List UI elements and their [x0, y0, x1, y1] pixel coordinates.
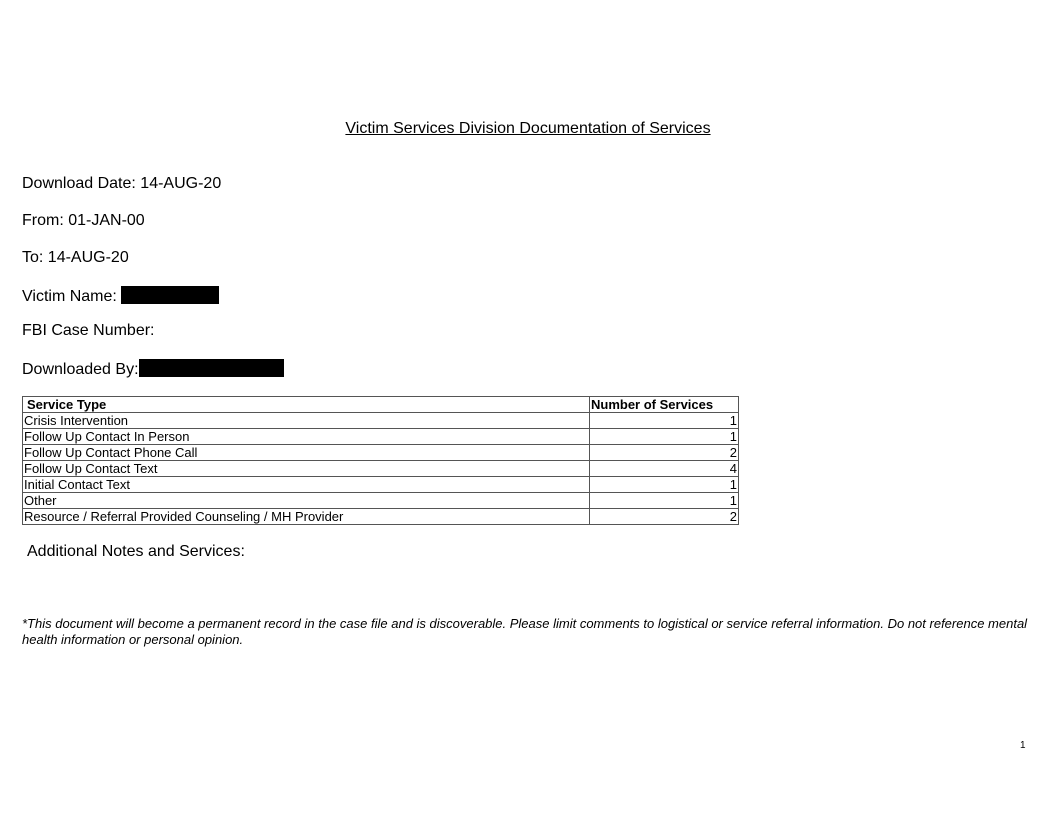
- service-count-cell: 2: [590, 509, 739, 525]
- page-number: 1: [1020, 740, 1026, 751]
- service-count-cell: 1: [590, 429, 739, 445]
- table-header-row: Service Type Number of Services: [23, 397, 739, 413]
- document-title: Victim Services Division Documentation o…: [0, 120, 1056, 138]
- service-type-cell: Resource / Referral Provided Counseling …: [23, 509, 590, 525]
- table-row: Crisis Intervention1: [23, 413, 739, 429]
- disclaimer-text: *This document will become a permanent r…: [22, 616, 1032, 648]
- additional-notes-label: Additional Notes and Services:: [27, 543, 245, 561]
- table-row: Resource / Referral Provided Counseling …: [23, 509, 739, 525]
- header-service-type: Service Type: [23, 397, 590, 413]
- service-type-cell: Follow Up Contact Phone Call: [23, 445, 590, 461]
- date-from: From: 01-JAN-00: [22, 212, 145, 230]
- downloaded-by: Downloaded By:: [22, 359, 284, 379]
- date-to: To: 14-AUG-20: [22, 249, 129, 267]
- service-type-cell: Follow Up Contact In Person: [23, 429, 590, 445]
- redaction-block: [139, 359, 284, 377]
- service-type-cell: Other: [23, 493, 590, 509]
- download-date: Download Date: 14-AUG-20: [22, 175, 221, 193]
- services-table: Service Type Number of Services Crisis I…: [22, 396, 739, 525]
- service-type-cell: Initial Contact Text: [23, 477, 590, 493]
- service-count-cell: 1: [590, 493, 739, 509]
- service-count-cell: 1: [590, 413, 739, 429]
- service-count-cell: 1: [590, 477, 739, 493]
- downloaded-by-label: Downloaded By:: [22, 361, 139, 378]
- service-type-cell: Follow Up Contact Text: [23, 461, 590, 477]
- table-row: Initial Contact Text1: [23, 477, 739, 493]
- table-row: Other1: [23, 493, 739, 509]
- table-row: Follow Up Contact Phone Call2: [23, 445, 739, 461]
- header-number-of-services: Number of Services: [590, 397, 739, 413]
- table-row: Follow Up Contact Text4: [23, 461, 739, 477]
- victim-name-label: Victim Name:: [22, 288, 117, 305]
- victim-name: Victim Name:: [22, 286, 219, 306]
- service-count-cell: 4: [590, 461, 739, 477]
- table-row: Follow Up Contact In Person1: [23, 429, 739, 445]
- service-type-cell: Crisis Intervention: [23, 413, 590, 429]
- service-count-cell: 2: [590, 445, 739, 461]
- redaction-block: [121, 286, 219, 304]
- fbi-case-number: FBI Case Number:: [22, 322, 154, 340]
